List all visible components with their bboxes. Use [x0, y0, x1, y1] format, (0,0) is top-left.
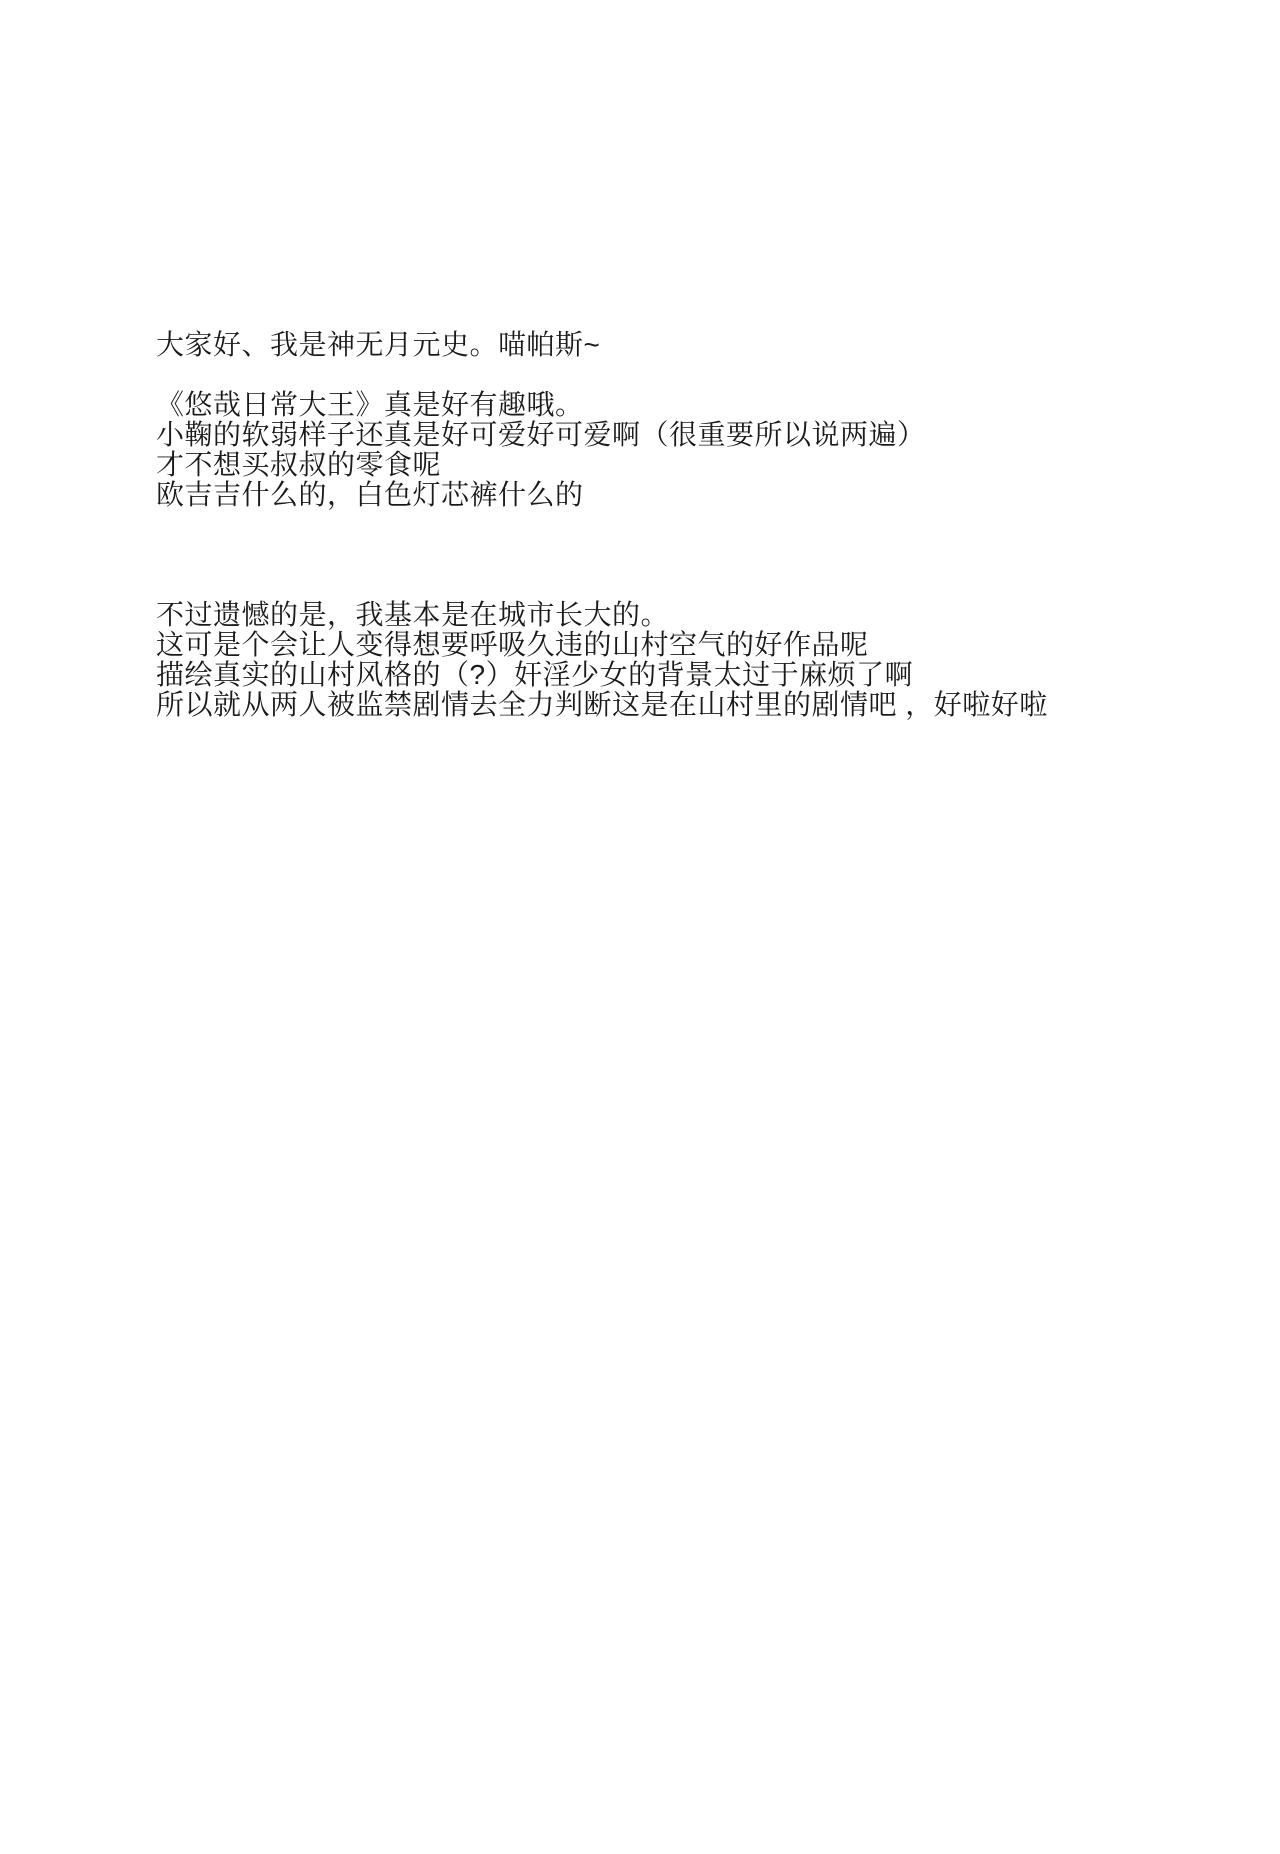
afterword-line: 《悠哉日常大王》真是好有趣哦。 [156, 390, 1156, 420]
afterword-text-block: 大家好、我是神无月元史。喵帕斯~ 《悠哉日常大王》真是好有趣哦。 小鞠的软弱样子… [156, 330, 1156, 720]
afterword-line: 小鞠的软弱样子还真是好可爱好可爱啊（很重要所以说两遍） [156, 420, 1156, 450]
afterword-line: 才不想买叔叔的零食呢 [156, 450, 1156, 480]
afterword-line: 大家好、我是神无月元史。喵帕斯~ [156, 330, 1156, 360]
afterword-paragraph-remarks: 不过遗憾的是，我基本是在城市长大的。 这可是个会让人变得想要呼吸久违的山村空气的… [156, 600, 1156, 720]
afterword-page: 大家好、我是神无月元史。喵帕斯~ 《悠哉日常大王》真是好有趣哦。 小鞠的软弱样子… [0, 0, 1280, 1854]
afterword-line: 所以就从两人被监禁剧情去全力判断这是在山村里的剧情吧 ，好啦好啦 [156, 690, 1156, 720]
afterword-line: 描绘真实的山村风格的（?）奸淫少女的背景太过于麻烦了啊 [156, 660, 1156, 690]
afterword-line: 不过遗憾的是，我基本是在城市长大的。 [156, 600, 1156, 630]
afterword-line: 欧吉吉什么的，白色灯芯裤什么的 [156, 480, 1156, 510]
afterword-paragraph-greeting: 大家好、我是神无月元史。喵帕斯~ [156, 330, 1156, 360]
afterword-paragraph-impressions: 《悠哉日常大王》真是好有趣哦。 小鞠的软弱样子还真是好可爱好可爱啊（很重要所以说… [156, 390, 1156, 510]
afterword-line: 这可是个会让人变得想要呼吸久违的山村空气的好作品呢 [156, 630, 1156, 660]
